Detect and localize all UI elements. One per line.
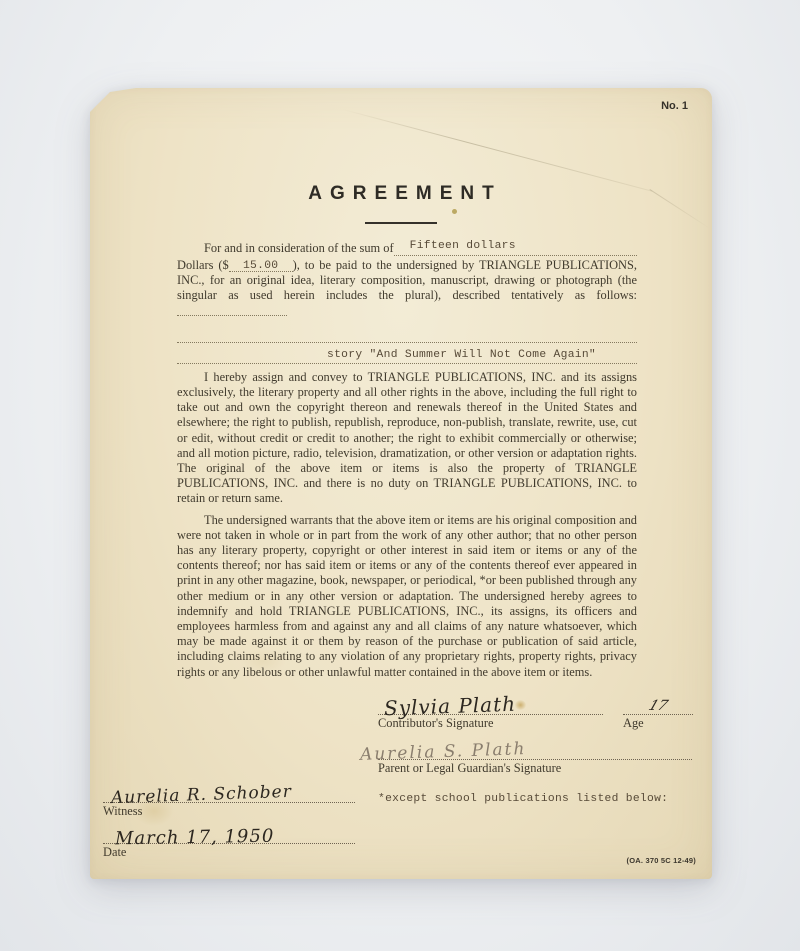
title-rule [365,222,437,224]
paper-crease-line [343,109,653,192]
date-line: March 17, 1950 [103,821,355,844]
guardian-signature-handwriting: Aurelia S. Plath [360,742,527,763]
warranty-paragraph: The undersigned warrants that the above … [177,513,637,680]
trailing-dots [177,304,287,316]
witness-signature-handwriting: Aurelia R. Schober [111,785,292,807]
sum-line: For and in consideration of the sum of F… [177,236,637,256]
paper-stain [452,209,457,214]
document-title: AGREEMENT [90,183,712,205]
amount-numeric-dotted-fill: 15.00 [229,258,293,272]
contributor-signature-line: Sylvia Plath [378,690,603,715]
guardian-signature-line: Aurelia S. Plath [378,735,692,760]
dollars-pre-text: Dollars ($ [177,258,229,272]
date-handwriting: March 17, 1950 [115,829,275,847]
document-number: No. 1 [661,100,688,112]
paper-sheet: No. 1 AGREEMENT For and in consideration… [90,88,712,879]
consideration-paragraph: Dollars ($15.00), to be paid to the unde… [177,258,637,320]
document-body: For and in consideration of the sum of F… [177,236,637,868]
amount-written-typed: Fifteen dollars [410,239,516,254]
description-typed-value: story "And Summer Will Not Come Again" [327,348,596,363]
amount-numeric-typed: 15.00 [243,260,278,272]
sum-dotted-fill: Fifteen dollars [394,235,637,256]
guardian-signature-label: Parent or Legal Guardian's Signature [378,761,692,776]
description-dotted-line-2: story "And Summer Will Not Come Again" [177,343,637,364]
contributor-signature-handwriting: Sylvia Plath [384,696,517,716]
agreement-document: No. 1 AGREEMENT For and in consideration… [90,88,712,879]
age-line: 17 [623,690,693,715]
scanned-agreement-photo: No. 1 AGREEMENT For and in consideration… [0,0,800,951]
age-label: Age [619,716,693,731]
form-code: (OA. 370 5C 12-49) [627,856,696,865]
guardian-signature-section: Aurelia S. Plath Parent or Legal Guardia… [378,735,692,776]
assignment-paragraph: I hereby assign and convey to TRIANGLE P… [177,370,637,507]
description-dotted-line-1 [177,324,637,343]
typed-exception-note: *except school publications listed below… [378,792,668,807]
witness-date-section: Aurelia R. Schober Witness March 17, 195… [103,782,637,868]
sum-line-text: For and in consideration of the sum of [177,241,394,256]
witness-block: Aurelia R. Schober Witness March 17, 195… [103,782,355,860]
witness-signature-line: Aurelia R. Schober [103,782,355,803]
age-handwriting: 17 [646,699,669,714]
contributor-signature-section: Sylvia Plath 17 Contributor's Signature … [378,690,693,731]
